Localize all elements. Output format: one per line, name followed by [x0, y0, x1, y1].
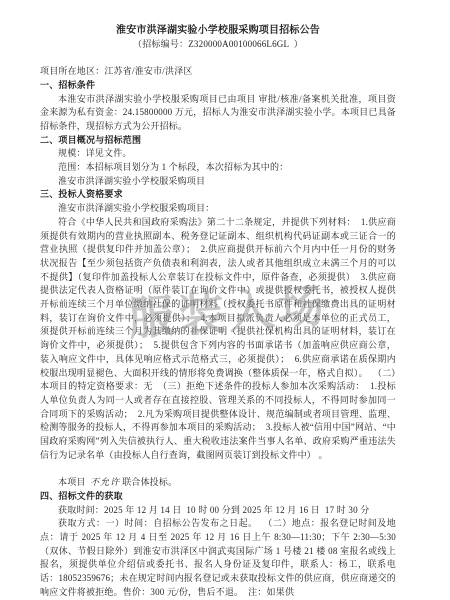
paragraph: 获取时间：2025 年 12 月 14 日 10 时 00 分到 2025 年 … — [40, 504, 396, 518]
document-body: 一、招标条件本淮安市洪泽湖实验小学校服采购项目已由项目 审批/核准/备案机关批准… — [40, 79, 396, 600]
paragraph: 获取方式：一）时间：自招标公告发布之日起。 （二）地点：报名登记时间及地点：请于… — [40, 517, 396, 599]
document-content: 淮安市洪泽湖实验小学校服采购项目招标公告 （招标编号：Z320000A00100… — [40, 24, 396, 600]
section-heading: 一、招标条件 — [40, 79, 396, 93]
emphasis-not-allowed: 不允许 — [88, 477, 122, 487]
paragraph: 本项目 不允许联合体投标。 — [40, 476, 396, 490]
paragraph: 淮安市洪泽湖实验小学校服采购项目： — [40, 202, 396, 216]
page-title: 淮安市洪泽湖实验小学校服采购项目招标公告 — [40, 24, 396, 38]
section-heading: 三、投标人资格要求 — [40, 188, 396, 202]
bid-number: （招标编号：Z320000A00100066L6GL ） — [40, 38, 396, 52]
announcement-page: 服装入场 淮安市洪泽湖实验小学校服采购项目招标公告 （招标编号：Z320000A… — [0, 0, 450, 600]
paragraph-text: 联合体投标。 — [122, 477, 177, 487]
paragraph: 范围：本招标项目划分为 1 个标段，本次招标为其中的： — [40, 161, 396, 175]
paragraph: 符合《中华人民共和国政府采购法》第二十二条规定，并提供下列材料： 1.供应商须提… — [40, 216, 396, 463]
section-heading: 四、招标文件的获取 — [40, 490, 396, 504]
paragraph: 规模：详见文件。 — [40, 147, 396, 161]
paragraph: 淮安市洪泽湖实验小学校服采购项目 — [40, 175, 396, 189]
project-location: 项目所在地区：江苏省/淮安市/洪泽区 — [40, 65, 396, 79]
spacer — [40, 462, 396, 476]
paragraph: 本淮安市洪泽湖实验小学校服采购项目已由项目 审批/核准/备案机关批准，项目资金来… — [40, 93, 396, 134]
paragraph-text: 本项目 — [58, 477, 88, 487]
spacer — [40, 51, 396, 65]
section-heading: 二、项目概况与招标范围 — [40, 134, 396, 148]
